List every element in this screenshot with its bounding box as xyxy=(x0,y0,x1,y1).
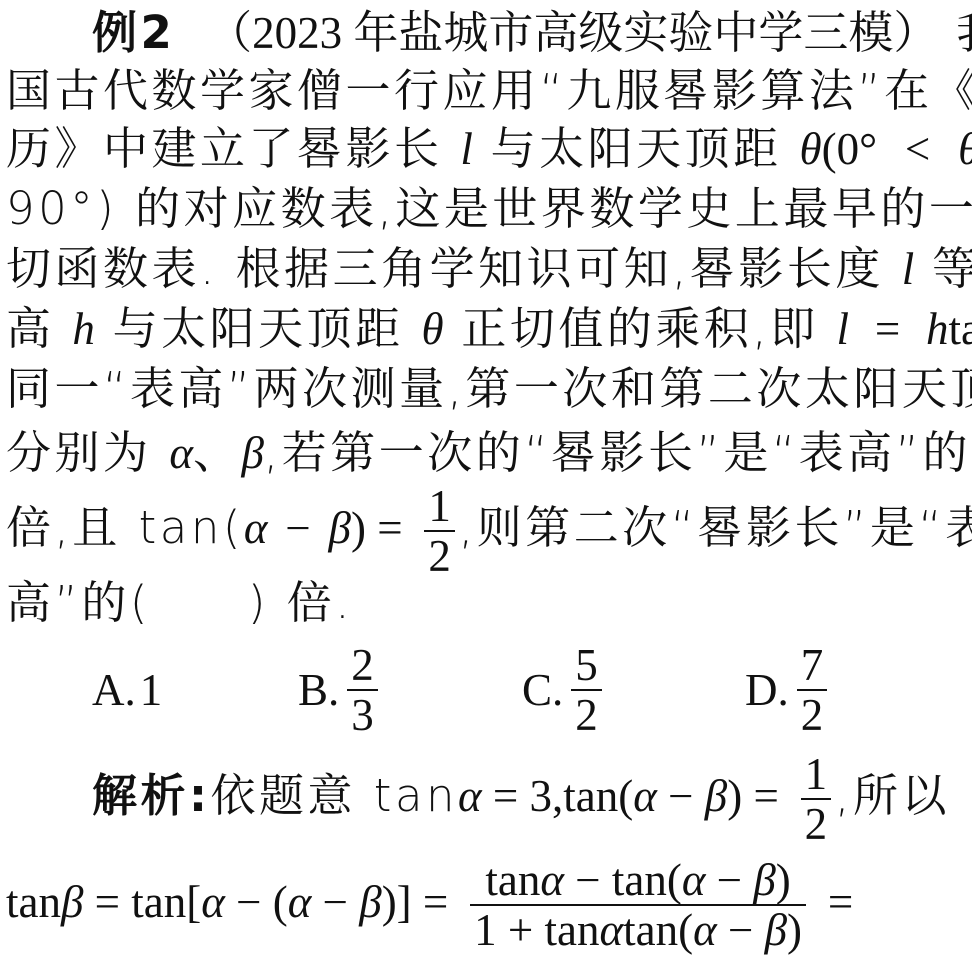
option-b[interactable]: B. 2 3 xyxy=(298,650,382,730)
denominator: 1 + tanαtan(α − β) xyxy=(470,904,806,954)
option-value: 1 xyxy=(140,664,163,716)
lt-sign: < xyxy=(905,124,930,174)
problem-line-8: 分别为 α、β,若第一次的“晷影长”是“表高”的 3 xyxy=(6,428,966,478)
var-alpha: α xyxy=(288,877,312,927)
option-label: B. xyxy=(298,664,339,716)
denominator: 3 xyxy=(347,689,378,739)
option-label: A. xyxy=(92,664,136,716)
problem-line-4: 90°) 的对应数表,这是世界数学史上最早的一整正 xyxy=(6,184,966,234)
text: − ( xyxy=(225,877,288,927)
var-h: h xyxy=(926,304,949,354)
fraction-one-half: 1 2 xyxy=(424,482,455,580)
option-fraction: 7 2 xyxy=(797,641,828,739)
denominator: 2 xyxy=(571,689,602,739)
text: 分别为 xyxy=(6,426,152,479)
problem-line-2: 国古代数学家僧一行应用“九服晷影算法”在《大衍 xyxy=(6,66,966,116)
var-beta: β xyxy=(241,428,263,478)
source-note: （2023 年盐城市高级实验中学三模） xyxy=(207,8,938,58)
solution-label: 解析: xyxy=(92,769,211,822)
text: ) xyxy=(776,855,791,905)
var-beta: β xyxy=(61,877,83,927)
var-h: h xyxy=(72,304,95,354)
minus-sign: − xyxy=(657,771,705,821)
text: 90°) 的对应数表,这是世界数学史上最早的一整正 xyxy=(6,182,972,235)
var-alpha: α xyxy=(458,771,482,821)
var-beta: β xyxy=(705,771,727,821)
solution-line-2: tanβ = tan[α − (α − β)] = tanα − tan(α −… xyxy=(6,854,966,954)
var-alpha: α xyxy=(169,428,193,478)
text: 等于表 xyxy=(932,242,972,295)
text: ) = xyxy=(727,771,779,821)
text: 高”的( ) 倍. xyxy=(6,576,353,629)
text: = tan[ xyxy=(83,877,201,927)
denominator: 2 xyxy=(424,530,455,580)
var-alpha: α xyxy=(693,905,717,955)
var-theta: θ xyxy=(799,124,821,174)
text: 1 + tan xyxy=(474,905,599,955)
text: 国古代数学家僧一行应用“九服晷影算法”在《大衍 xyxy=(6,64,972,117)
var-l: l xyxy=(837,304,850,354)
option-fraction: 5 2 xyxy=(571,641,602,739)
eq-sign: = xyxy=(875,304,900,354)
problem-line-7: 同一“表高”两次测量,第一次和第二次太阳天顶距 xyxy=(6,364,966,414)
text: = 3,tan( xyxy=(482,771,634,821)
tan-difference-fraction: tanα − tan(α − β) 1 + tanαtan(α − β) xyxy=(470,856,806,954)
text: 切函数表. 根据三角学知识可知,晷影长度 xyxy=(6,242,884,295)
problem-line-6: 高 h 与太阳天顶距 θ 正切值的乘积,即 l = htanθ,对 xyxy=(6,304,966,354)
numerator: tanα − tan(α − β) xyxy=(481,856,794,904)
tan-fn: tan xyxy=(6,877,61,927)
text: 与太阳天顶距 xyxy=(491,122,782,175)
var-alpha: α xyxy=(244,503,268,553)
problem-line-9: 倍,且 tan(α − β) = 1 2 ,则第二次“晷影长”是“表 xyxy=(6,480,966,580)
text: 、 xyxy=(193,426,242,479)
option-label: C. xyxy=(522,664,563,716)
var-theta: θ xyxy=(958,124,972,174)
numerator: 7 xyxy=(797,641,828,689)
problem-line-10: 高”的( ) 倍. xyxy=(6,578,966,628)
text: tan( xyxy=(623,905,693,955)
text: (0° xyxy=(822,124,877,174)
var-l: l xyxy=(460,124,473,174)
var-beta: β xyxy=(765,905,787,955)
text: )] = xyxy=(382,877,449,927)
text: 倍,且 tan( xyxy=(6,501,244,554)
solution-line-1: 解析:依题意 tanα = 3,tan(α − β) = 1 2 ,所以 xyxy=(92,748,966,848)
minus-sign: − xyxy=(717,905,765,955)
var-alpha: α xyxy=(682,855,706,905)
denominator: 2 xyxy=(797,689,828,739)
text: 正切值的乘积,即 xyxy=(461,302,818,355)
text: tan xyxy=(485,855,540,905)
numerator: 1 xyxy=(424,482,455,530)
text: ,所以 xyxy=(835,769,950,822)
example-label: 例2 xyxy=(92,6,175,59)
var-theta: θ xyxy=(421,304,443,354)
var-alpha: α xyxy=(633,771,657,821)
text: ,则第二次“晷影长”是“表 xyxy=(459,501,972,554)
text: ,若第一次的“晷影长”是“表高”的 3 xyxy=(264,426,972,479)
minus-sign: − xyxy=(311,877,359,927)
minus-sign: − xyxy=(285,503,310,553)
var-beta: β xyxy=(359,877,381,927)
fraction-one-half: 1 2 xyxy=(801,750,832,848)
text: 同一“表高”两次测量,第一次和第二次太阳天顶距 xyxy=(6,362,972,415)
text: 高 xyxy=(6,302,55,355)
minus-sign: − xyxy=(705,855,753,905)
text: 与太阳天顶距 xyxy=(113,302,404,355)
option-label: D. xyxy=(745,664,789,716)
option-c[interactable]: C. 5 2 xyxy=(522,650,606,730)
var-l: l xyxy=(902,244,915,294)
option-a[interactable]: A. 1 xyxy=(92,650,162,730)
text: 历》中建立了晷影长 xyxy=(6,122,443,175)
eq-sign: = xyxy=(828,877,853,927)
problem-line-3: 历》中建立了晷影长 l 与太阳天顶距 θ(0° < θ < xyxy=(6,124,966,174)
text: 我 xyxy=(956,6,972,59)
text: ) = xyxy=(351,503,403,553)
var-beta: β xyxy=(329,503,351,553)
problem-line-5: 切函数表. 根据三角学知识可知,晷影长度 l 等于表 xyxy=(6,244,966,294)
var-alpha: α xyxy=(201,877,225,927)
problem-line-1: 例2 （2023 年盐城市高级实验中学三模） 我 xyxy=(92,8,966,58)
numerator: 2 xyxy=(347,641,378,689)
var-beta: β xyxy=(753,855,775,905)
text: − tan( xyxy=(564,855,682,905)
var-alpha: α xyxy=(540,855,564,905)
tan-fn: tan xyxy=(949,304,972,354)
denominator: 2 xyxy=(801,798,832,848)
text: 依题意 tan xyxy=(211,769,459,822)
numerator: 1 xyxy=(801,750,832,798)
text: ) xyxy=(787,905,802,955)
option-d[interactable]: D. 7 2 xyxy=(745,650,831,730)
var-alpha: α xyxy=(599,905,623,955)
option-fraction: 2 3 xyxy=(347,641,378,739)
numerator: 5 xyxy=(571,641,602,689)
